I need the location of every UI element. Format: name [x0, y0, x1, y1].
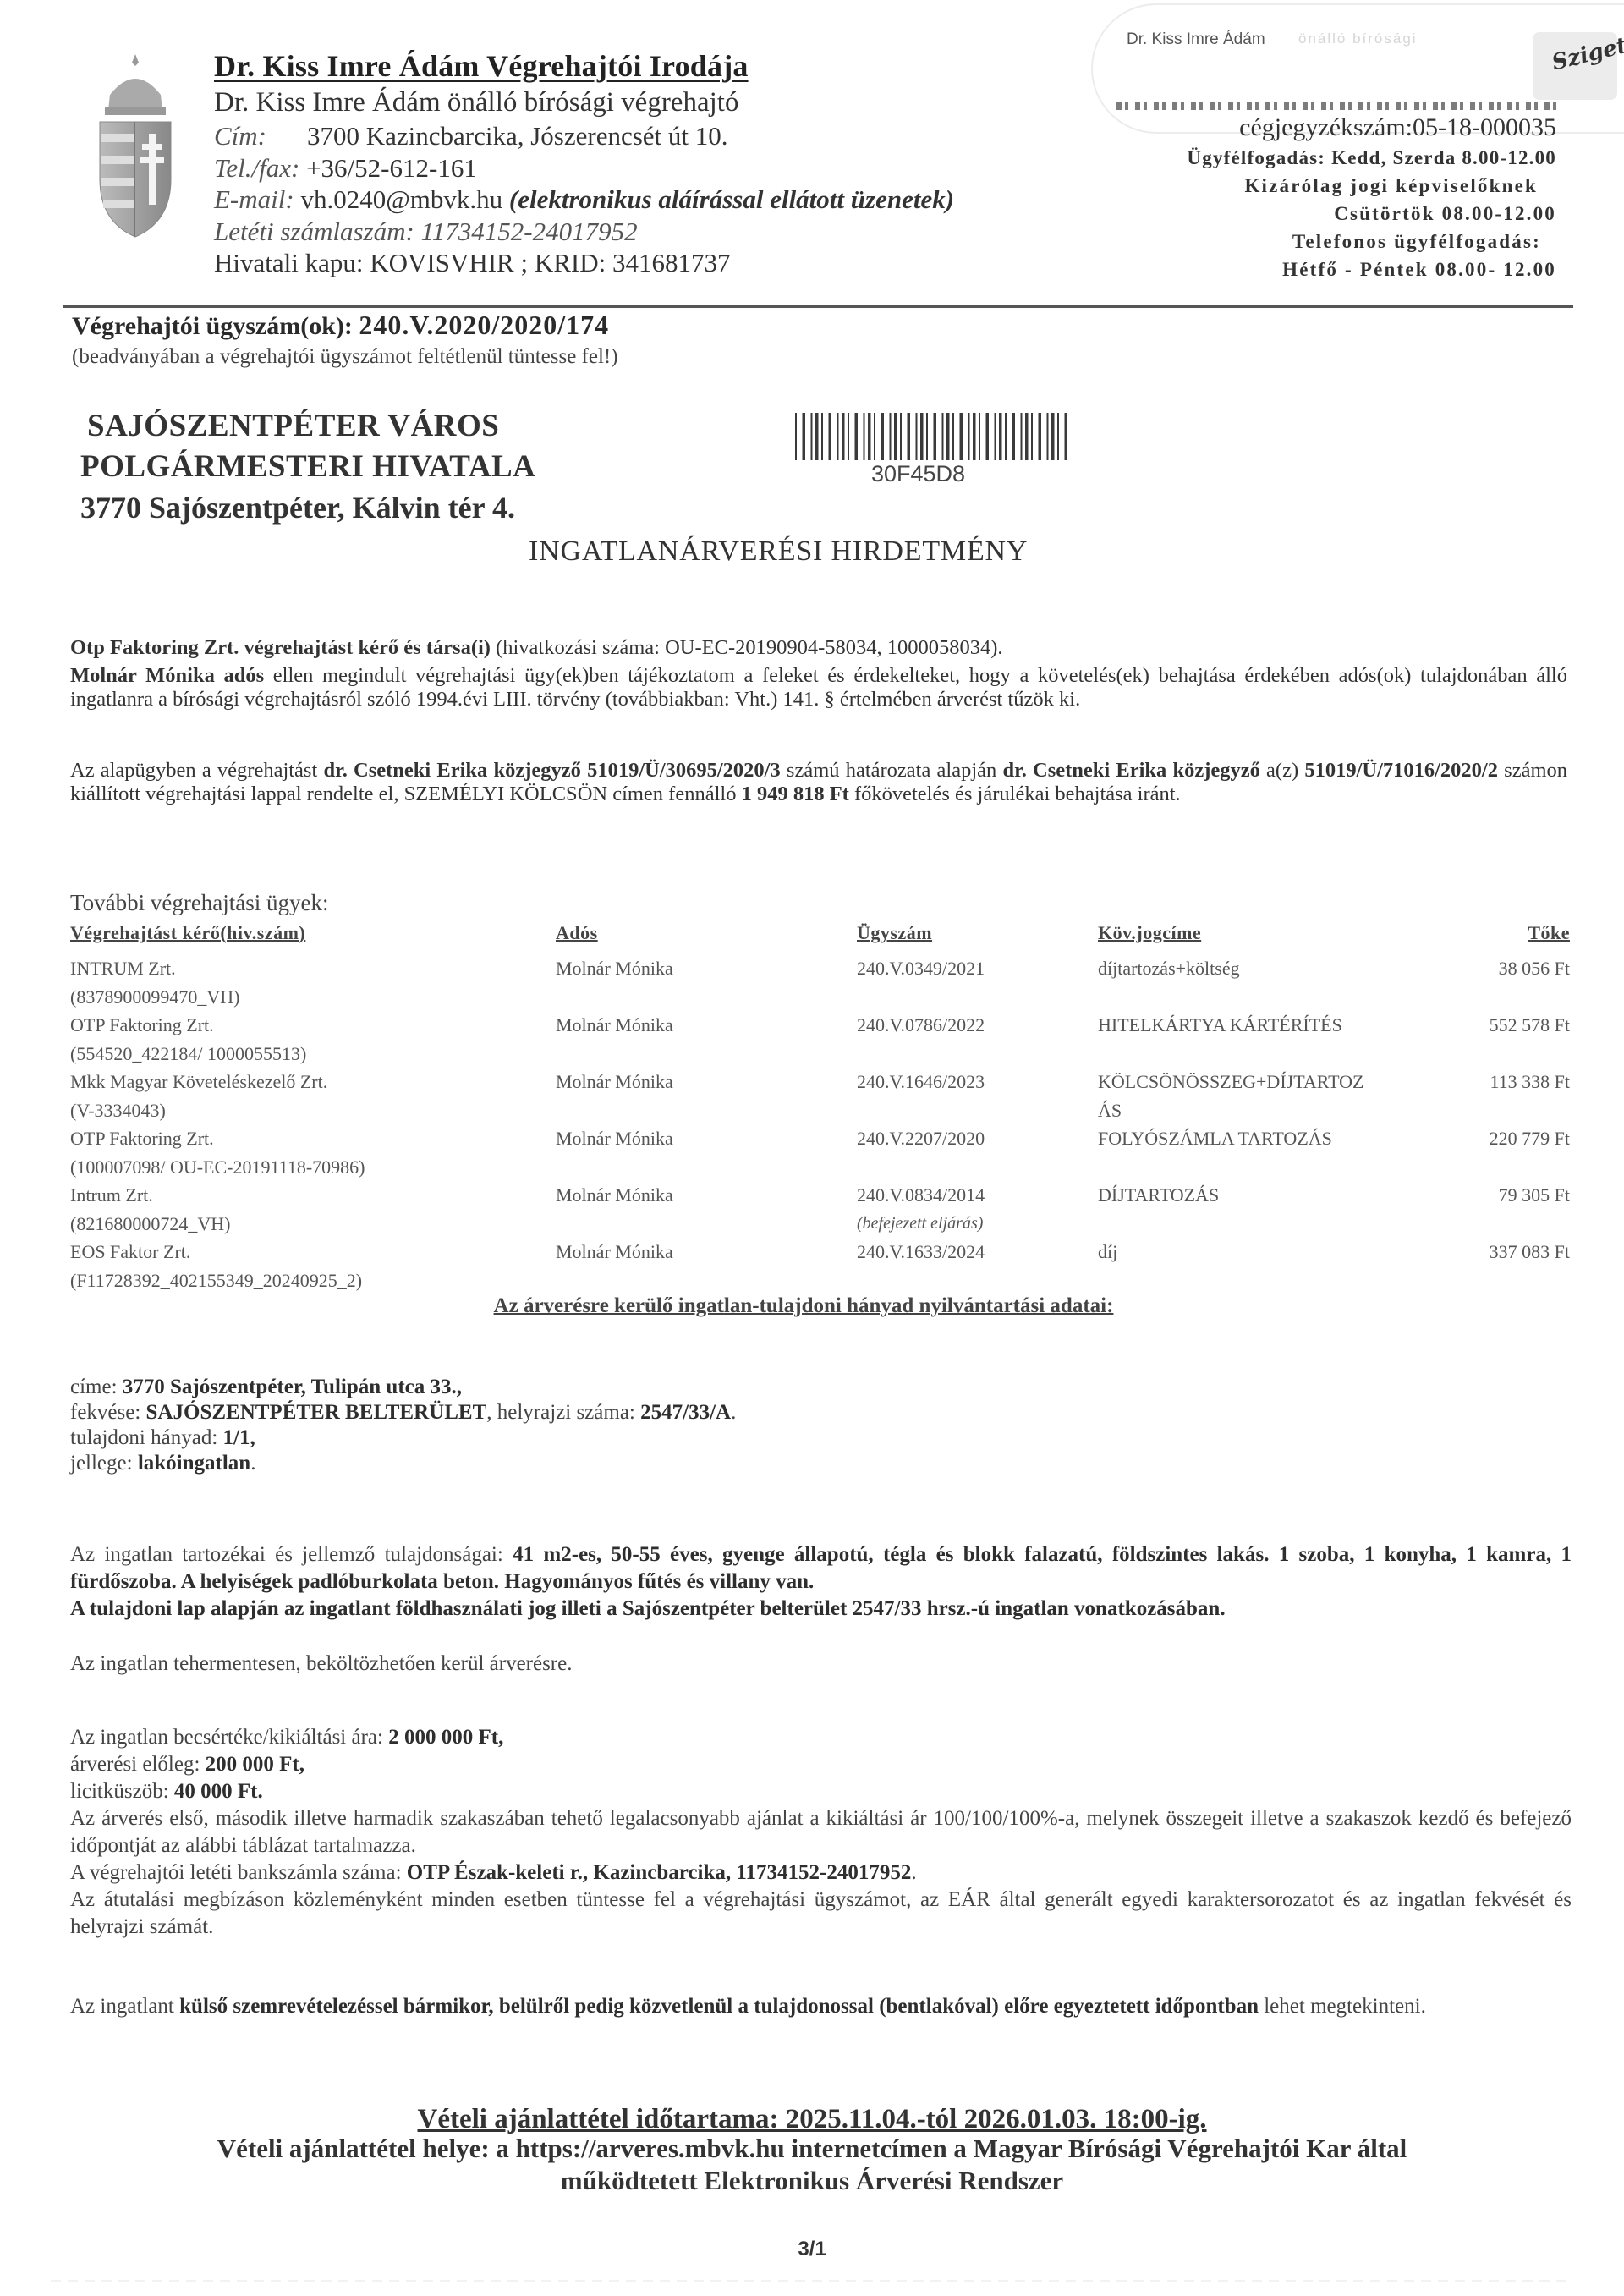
- debtor-text: ellen megindult végrehajtási ügy(ek)ben …: [70, 664, 1567, 711]
- pricing-block: Az ingatlan becsértéke/kikiáltási ára: 2…: [70, 1724, 1572, 1941]
- claim-title: HITELKÁRTYA KÁRTÉRÍTÉS: [1098, 1011, 1470, 1040]
- stamp-faded-text: önálló bírósági: [1298, 30, 1418, 47]
- case-number-cell: 240.V.0786/2022: [857, 1011, 1098, 1068]
- offer-place-line1: Vételi ajánlattétel helye: a https://arv…: [51, 2133, 1573, 2165]
- debtor-cell: Molnár Mónika: [556, 954, 857, 1011]
- creditor-cell: Mkk Magyar Követeléskezelő Zrt.(V-333404…: [70, 1068, 556, 1124]
- address-label: Cím:: [214, 120, 307, 152]
- office-account: Letéti számlaszám: 11734152-24017952: [214, 216, 975, 248]
- label: tulajdoni hányad:: [70, 1426, 223, 1449]
- case-number: 240.V.0786/2022: [857, 1011, 1098, 1040]
- label: címe:: [70, 1376, 123, 1398]
- label: Az ingatlan becsértéke/kikiáltási ára:: [70, 1726, 388, 1749]
- account-label: Letéti számlaszám:: [214, 217, 414, 246]
- debtor-paragraph: Molnár Mónika adós ellen megindult végre…: [70, 664, 1567, 711]
- coat-of-arms-icon: [85, 52, 186, 239]
- legal-reps-note: Kizárólag jogi képviselőknek: [964, 172, 1556, 200]
- office-hours: cégjegyzékszám:05-18-000035 Ügyfélfogadá…: [964, 100, 1556, 283]
- addressee-line2: POLGÁRMESTERI HIVATALA: [80, 447, 535, 487]
- document-title: INGATLANÁRVERÉSI HIRDETMÉNY: [529, 536, 1028, 568]
- value: 2547/33/A: [640, 1401, 731, 1424]
- address-value: 3700 Kazincbarcika, Jószerencsét út 10.: [307, 121, 728, 151]
- obscured-line: [964, 100, 1556, 112]
- creditor-paragraph: Otp Faktoring Zrt. végrehajtást kérő és …: [70, 636, 1567, 660]
- table-row: OTP Faktoring Zrt.(554520_422184/ 100005…: [70, 1011, 1570, 1068]
- case-number: 240.V.2207/2020: [857, 1124, 1098, 1153]
- property-section-title: Az árverésre kerülő ingatlan-tulajdoni h…: [0, 1294, 1624, 1318]
- value: 1/1,: [223, 1426, 255, 1449]
- claim-title-cont: ÁS: [1098, 1096, 1470, 1125]
- debtor-cell: Molnár Mónika: [556, 1011, 857, 1068]
- further-cases-table: Végrehajtást kérő(hiv.szám) Adós Ügyszám…: [70, 922, 1570, 1294]
- office-title: Dr. Kiss Imre Ádám Végrehajtói Irodája: [214, 47, 975, 85]
- claim-title: díj: [1098, 1238, 1470, 1266]
- creditor-cell: Intrum Zrt.(821680000724_VH): [70, 1181, 556, 1238]
- page-number: 3/1: [0, 2238, 1624, 2261]
- creditor-cell: EOS Faktor Zrt.(F11728392_402155349_2024…: [70, 1238, 556, 1294]
- offer-place-line2: működtetett Elektronikus Árverési Rendsz…: [51, 2165, 1573, 2197]
- case-number-cell: 240.V.1646/2023: [857, 1068, 1098, 1124]
- claim-title-cell: díjtartozás+költség: [1098, 954, 1479, 1011]
- property-details: címe: 3770 Sajószentpéter, Tulipán utca …: [70, 1375, 736, 1476]
- barcode-icon: [792, 413, 1071, 460]
- case-number: 240.V.1646/2023: [857, 1068, 1098, 1096]
- principal-claim: 1 949 818 Ft: [742, 783, 849, 805]
- email-note: (elektronikus aláírással ellátott üzenet…: [509, 184, 954, 214]
- principal-cell: 220 779 Ft: [1479, 1124, 1570, 1181]
- debtor-cell: Molnár Mónika: [556, 1124, 857, 1181]
- label: A végrehajtói letéti bankszámla száma:: [70, 1861, 407, 1884]
- officer-name: Dr. Kiss Imre Ádám önálló bírósági végre…: [214, 85, 975, 120]
- debtor-cell: Molnár Mónika: [556, 1068, 857, 1124]
- column-header-debtor: Adós: [556, 922, 857, 954]
- case-number-line: Végrehajtói ügyszám(ok): 240.V.2020/2020…: [72, 310, 609, 341]
- property-location: fekvése: SAJÓSZENTPÉTER BELTERÜLET, hely…: [70, 1400, 736, 1425]
- creditor-cell: INTRUM Zrt.(8378900099470_VH): [70, 954, 556, 1011]
- claim-title: DÍJTARTOZÁS: [1098, 1181, 1470, 1210]
- auction-deposit: árverési előleg: 200 000 Ft,: [70, 1751, 1572, 1778]
- creditor-name: Intrum Zrt.: [70, 1181, 556, 1210]
- principal-cell: 552 578 Ft: [1479, 1011, 1570, 1068]
- starting-price: Az ingatlan becsértéke/kikiáltási ára: 2…: [70, 1724, 1572, 1751]
- claim-title-cell: DÍJTARTOZÁS: [1098, 1181, 1479, 1238]
- creditor-ref: (F11728392_402155349_20240925_2): [70, 1266, 556, 1295]
- creditor-ref: (V-3334043): [70, 1096, 556, 1125]
- label: jellege:: [70, 1452, 138, 1475]
- column-header-principal: Tőke: [1479, 922, 1570, 954]
- creditor-ref: (8378900099470_VH): [70, 983, 556, 1012]
- account-value: 11734152-24017952: [421, 217, 638, 246]
- office-header: Dr. Kiss Imre Ádám Végrehajtói Irodája D…: [214, 47, 975, 279]
- value: 3770 Sajószentpéter, Tulipán utca 33.,: [123, 1376, 462, 1398]
- creditor-name: EOS Faktor Zrt.: [70, 1238, 556, 1266]
- principal-cell: 113 338 Ft: [1479, 1068, 1570, 1124]
- table-header-row: Végrehajtást kérő(hiv.szám) Adós Ügyszám…: [70, 922, 1570, 954]
- label: Az ingatlant: [70, 1995, 179, 2018]
- offer-place: Vételi ajánlattétel helye: a https://arv…: [51, 2133, 1573, 2197]
- column-header-creditor: Végrehajtást kérő(hiv.szám): [70, 922, 556, 954]
- claim-title: KÖLCSÖNÖSSZEG+DÍJTARTOZ: [1098, 1068, 1470, 1096]
- signature-text: Szigeti: [1550, 30, 1624, 75]
- scan-artifact: [51, 2280, 1573, 2282]
- addressee-line1: SAJÓSZENTPÉTER VÁROS: [80, 406, 535, 447]
- bid-increment: licitküszöb: 40 000 Ft.: [70, 1778, 1572, 1805]
- basis-text: a(z): [1260, 759, 1304, 782]
- basis-text: főkövetelés és járulékai behajtása iránt…: [849, 783, 1181, 805]
- barcode-code: 30F45D8: [871, 461, 965, 487]
- creditor-ref: (554520_422184/ 1000055513): [70, 1040, 556, 1068]
- creditor-reference: (hivatkozási száma: OU-EC-20190904-58034…: [491, 636, 1003, 659]
- creditor-name: OTP Faktoring Zrt.: [70, 1124, 556, 1153]
- attributes-label: Az ingatlan tartozékai és jellemző tulaj…: [70, 1543, 513, 1566]
- label: licitküszöb:: [70, 1780, 174, 1803]
- enforcement-sheet-number: 51019/Ü/71016/2020/2: [1304, 759, 1498, 782]
- creditor-ref: (100007098/ OU-EC-20191118-70986): [70, 1153, 556, 1182]
- value: 200 000 Ft,: [206, 1753, 304, 1776]
- case-number-note: (beadványában a végrehajtói ügyszámot fe…: [72, 345, 618, 369]
- claim-title: FOLYÓSZÁMLA TARTOZÁS: [1098, 1124, 1470, 1153]
- property-address: címe: 3770 Sajószentpéter, Tulipán utca …: [70, 1375, 736, 1400]
- company-registration: cégjegyzékszám:05-18-000035: [964, 112, 1556, 144]
- phone-value: +36/52-612-161: [306, 153, 477, 183]
- label: árverési előleg:: [70, 1753, 206, 1776]
- thursday-hours: Csütörtök 08.00-12.00: [964, 200, 1556, 228]
- office-address: Cím:3700 Kazincbarcika, Jószerencsét út …: [214, 120, 975, 152]
- office-phone: Tel./fax: +36/52-612-161: [214, 152, 975, 184]
- basis-text: Az alapügyben a végrehajtást: [70, 759, 323, 782]
- encumbrance-note: Az ingatlan tehermentesen, beköltözhetőe…: [70, 1652, 572, 1676]
- claim-title: díjtartozás+költség: [1098, 954, 1470, 983]
- value: lakóingatlan: [138, 1452, 250, 1475]
- column-header-case-number: Ügyszám: [857, 922, 1098, 954]
- case-number: 240.V.0834/2014: [857, 1181, 1098, 1210]
- creditor-cell: OTP Faktoring Zrt.(554520_422184/ 100005…: [70, 1011, 556, 1068]
- land-use-note: A tulajdoni lap alapján az ingatlant föl…: [70, 1597, 1226, 1620]
- table-row: INTRUM Zrt.(8378900099470_VH)Molnár Móni…: [70, 954, 1570, 1011]
- creditor-name: OTP Faktoring Zrt.: [70, 1011, 556, 1040]
- table-row: OTP Faktoring Zrt.(100007098/ OU-EC-2019…: [70, 1124, 1570, 1181]
- creditor-ref: (821680000724_VH): [70, 1210, 556, 1239]
- claim-title-cell: FOLYÓSZÁMLA TARTOZÁS: [1098, 1124, 1479, 1181]
- case-number: 240.V.0349/2021: [857, 954, 1098, 983]
- transfer-note: Az átutalási megbízáson közleményként mi…: [70, 1887, 1572, 1941]
- office-email: E-mail: vh.0240@mbvk.hu (elektronikus al…: [214, 184, 975, 216]
- label: fekvése:: [70, 1401, 146, 1424]
- bank-account: A végrehajtói letéti bankszámla száma: O…: [70, 1859, 1572, 1887]
- stamp-name: Dr. Kiss Imre Ádám: [1127, 30, 1265, 49]
- creditor-cell: OTP Faktoring Zrt.(100007098/ OU-EC-2019…: [70, 1124, 556, 1181]
- principal-cell: 337 083 Ft: [1479, 1238, 1570, 1294]
- principal-cell: 79 305 Ft: [1479, 1181, 1570, 1238]
- email-link[interactable]: vh.0240@mbvk.hu: [300, 184, 502, 214]
- value: OTP Észak-keleti r., Kazincbarcika, 1173…: [407, 1861, 912, 1884]
- label: , helyrajzi száma:: [486, 1401, 640, 1424]
- table-row: Mkk Magyar Követeléskezelő Zrt.(V-333404…: [70, 1068, 1570, 1124]
- notary-name: dr. Csetneki Erika közjegyző: [1002, 759, 1259, 782]
- offer-period: Vételi ajánlattétel időtartama: 2025.11.…: [0, 2104, 1624, 2135]
- case-number-cell: 240.V.1633/2024: [857, 1238, 1098, 1294]
- notary-decision: dr. Csetneki Erika közjegyző 51019/Ü/306…: [323, 759, 780, 782]
- creditor-name: INTRUM Zrt.: [70, 954, 556, 983]
- basis-paragraph: Az alapügyben a végrehajtást dr. Csetnek…: [70, 759, 1567, 806]
- phone-reception-label: Telefonos ügyfélfogadás:: [964, 228, 1556, 255]
- claim-title-cell: KÖLCSÖNÖSSZEG+DÍJTARTOZÁS: [1098, 1068, 1479, 1124]
- debtor-name: Molnár Mónika adós: [70, 664, 264, 687]
- column-header-claim-title: Köv.jogcíme: [1098, 922, 1479, 954]
- addressee-line3: 3770 Sajószentpéter, Kálvin tér 4.: [80, 487, 535, 528]
- claim-title-cell: HITELKÁRTYA KÁRTÉRÍTÉS: [1098, 1011, 1479, 1068]
- phone-label: Tel./fax:: [214, 153, 299, 183]
- case-number-cell: 240.V.0834/2014(befejezett eljárás): [857, 1181, 1098, 1238]
- value: 2 000 000 Ft,: [388, 1726, 503, 1749]
- basis-text: számú határozata alapján: [781, 759, 1003, 782]
- principal-cell: 38 056 Ft: [1479, 954, 1570, 1011]
- property-type: jellege: lakóingatlan.: [70, 1451, 736, 1476]
- header-divider: [63, 305, 1573, 308]
- claim-title-cell: díj: [1098, 1238, 1479, 1294]
- reception-hours: Ügyfélfogadás: Kedd, Szerda 8.00-12.00: [964, 144, 1556, 172]
- case-status-note: (befejezett eljárás): [857, 1210, 1098, 1239]
- office-gateway: Hivatali kapu: KOVISVHIR ; KRID: 3416817…: [214, 247, 975, 279]
- table-row: Intrum Zrt.(821680000724_VH)Molnár Mónik…: [70, 1181, 1570, 1238]
- table-row: EOS Faktor Zrt.(F11728392_402155349_2024…: [70, 1238, 1570, 1294]
- inspection-terms: külső szemrevételezéssel bármikor, belül…: [179, 1995, 1259, 2018]
- creditor-name: Otp Faktoring Zrt. végrehajtást kérő és …: [70, 636, 491, 659]
- case-number: 240.V.1633/2024: [857, 1238, 1098, 1266]
- case-number-cell: 240.V.0349/2021: [857, 954, 1098, 1011]
- addressee-block: SAJÓSZENTPÉTER VÁROS POLGÁRMESTERI HIVAT…: [80, 406, 535, 528]
- debtor-cell: Molnár Mónika: [556, 1181, 857, 1238]
- property-share: tulajdoni hányad: 1/1,: [70, 1425, 736, 1451]
- case-number: 240.V.2020/2020/174: [359, 310, 609, 340]
- further-cases-title: További végrehajtási ügyek:: [70, 890, 329, 916]
- property-section-title-text: Az árverésre kerülő ingatlan-tulajdoni h…: [494, 1294, 1114, 1317]
- debtor-cell: Molnár Mónika: [556, 1238, 857, 1294]
- email-label: E-mail:: [214, 184, 294, 214]
- value: SAJÓSZENTPÉTER BELTERÜLET: [146, 1401, 487, 1424]
- case-number-label: Végrehajtói ügyszám(ok):: [72, 312, 353, 340]
- creditor-name: Mkk Magyar Követeléskezelő Zrt.: [70, 1068, 556, 1096]
- label: lehet megtekinteni.: [1259, 1995, 1426, 2018]
- property-attributes: Az ingatlan tartozékai és jellemző tulaj…: [70, 1541, 1572, 1623]
- phone-reception-hours: Hétfő - Péntek 08.00- 12.00: [964, 255, 1556, 283]
- signature-stamp: Szigeti: [1533, 32, 1617, 100]
- inspection-note: Az ingatlant külső szemrevételezéssel bá…: [70, 1992, 1572, 2021]
- case-number-cell: 240.V.2207/2020: [857, 1124, 1098, 1181]
- value: 40 000 Ft.: [174, 1780, 263, 1803]
- auction-stages: Az árverés első, második illetve harmadi…: [70, 1805, 1572, 1859]
